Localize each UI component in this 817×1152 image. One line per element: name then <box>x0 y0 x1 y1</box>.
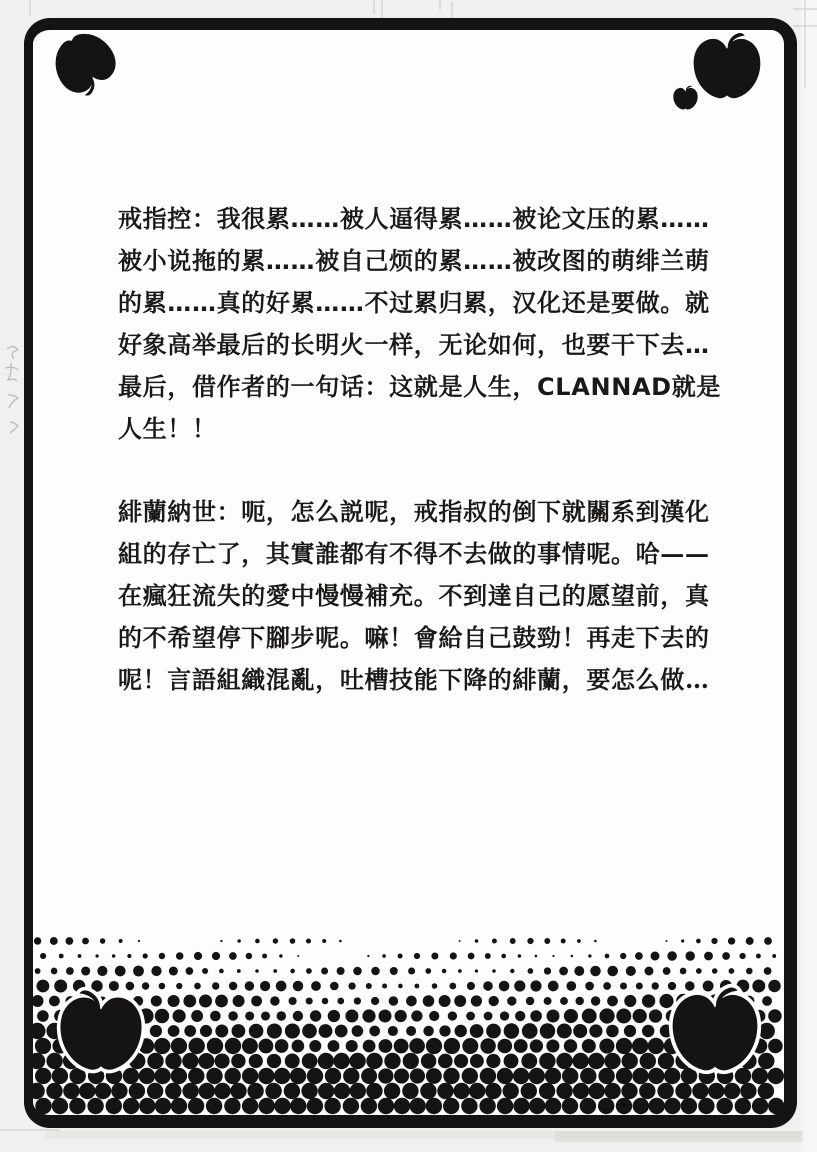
text-line: 緋蘭納世：呃，怎么説呢，戒指叔的倒下就關系到漢化 <box>118 491 718 533</box>
text-line: 呢！言語組織混亂，吐槽技能下降的緋蘭，要怎么做… <box>118 659 718 701</box>
text-line: 在瘋狂流失的愛中慢慢補充。不到達自己的愿望前，真 <box>118 575 718 617</box>
text-line: 的不希望停下腳步呢。嘛！會給自己鼓勁！再走下去的 <box>118 617 718 659</box>
afterword-paragraph-jiezhikong: 戒指控：我很累……被人逼得累……被论文压的累…… 被小说拖的累……被自己烦的累…… <box>118 198 718 450</box>
text-line: 人生！！ <box>118 408 718 450</box>
text-line: 最后，借作者的一句话：这就是人生，CLANNAD就是 <box>118 366 718 408</box>
text-line: 的累……真的好累……不过累归累，汉化还是要做。就 <box>118 282 718 324</box>
text-line: 戒指控：我很累……被人逼得累……被论文压的累…… <box>118 198 718 240</box>
afterword-paragraph-feilan: 緋蘭納世：呃，怎么説呢，戒指叔的倒下就關系到漢化 組的存亡了，其實誰都有不得不去… <box>118 491 718 701</box>
scan-shadow-band-dark <box>555 1131 803 1142</box>
scanned-afterword-page: 戒指控：我很累……被人逼得累……被论文压的累…… 被小说拖的累……被自己烦的累…… <box>0 0 817 1152</box>
pencil-scribbles <box>5 347 18 433</box>
text-line: 好象高举最后的长明火一样，无论如何，也要干下去… <box>118 324 718 366</box>
text-line: 組的存亡了，其實誰都有不得不去做的事情呢。哈—— <box>118 533 718 575</box>
text-line: 被小说拖的累……被自己烦的累……被改图的萌绯兰萌 <box>118 240 718 282</box>
